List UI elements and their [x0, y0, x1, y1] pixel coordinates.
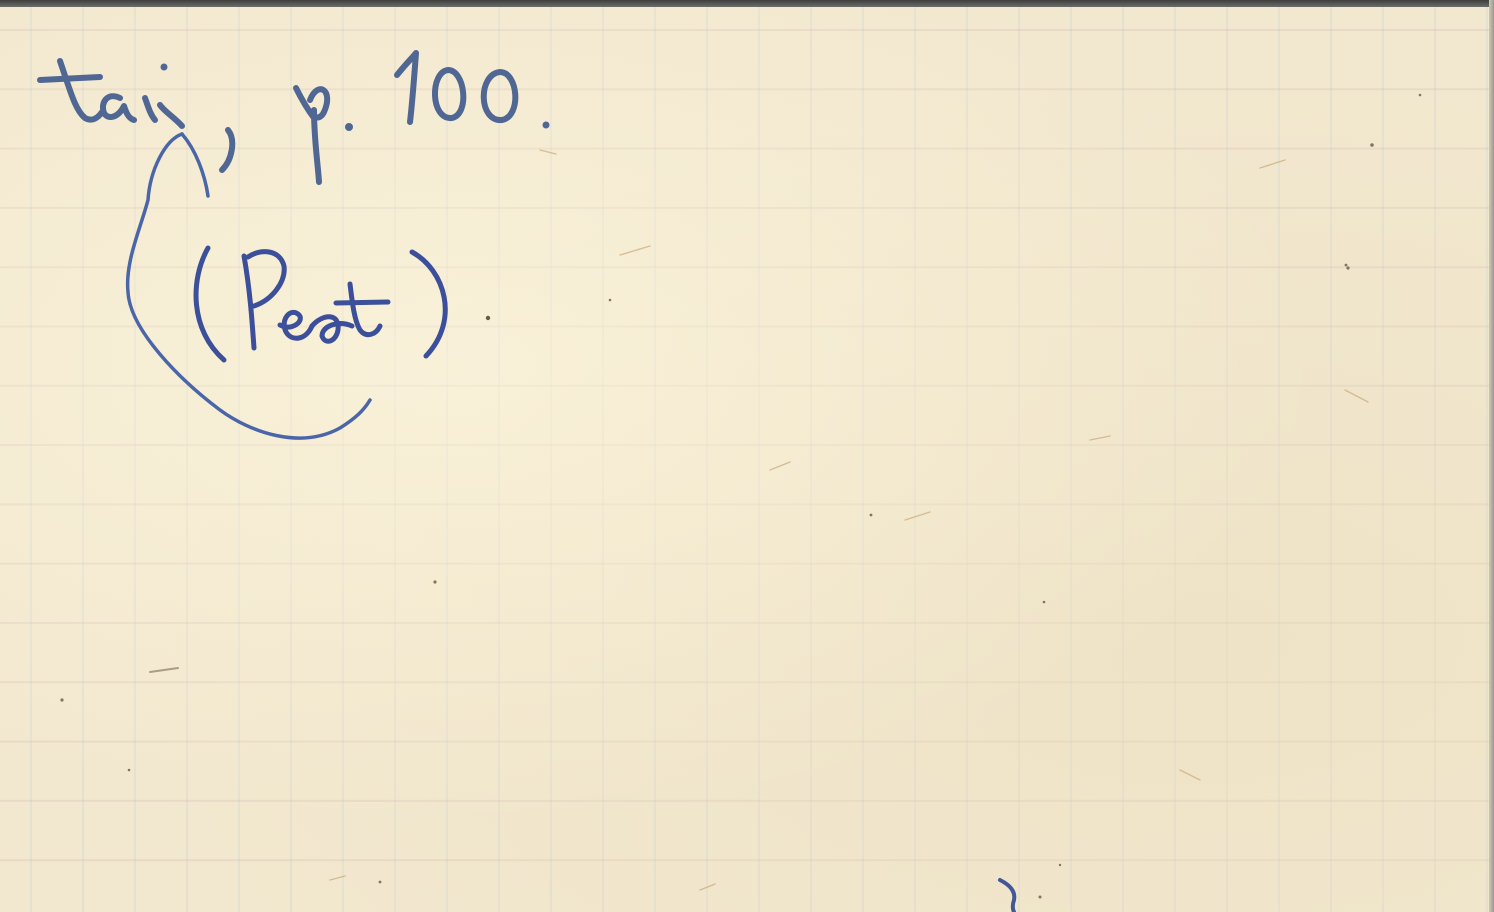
stray-ink-mark [1000, 880, 1014, 912]
handwriting-line-2 [196, 248, 445, 360]
paper-fibers [150, 150, 1368, 890]
handwriting-line-1 [40, 53, 550, 182]
ink-dot [486, 316, 490, 320]
paper-specks [60, 94, 1421, 899]
handwriting [0, 0, 1494, 912]
